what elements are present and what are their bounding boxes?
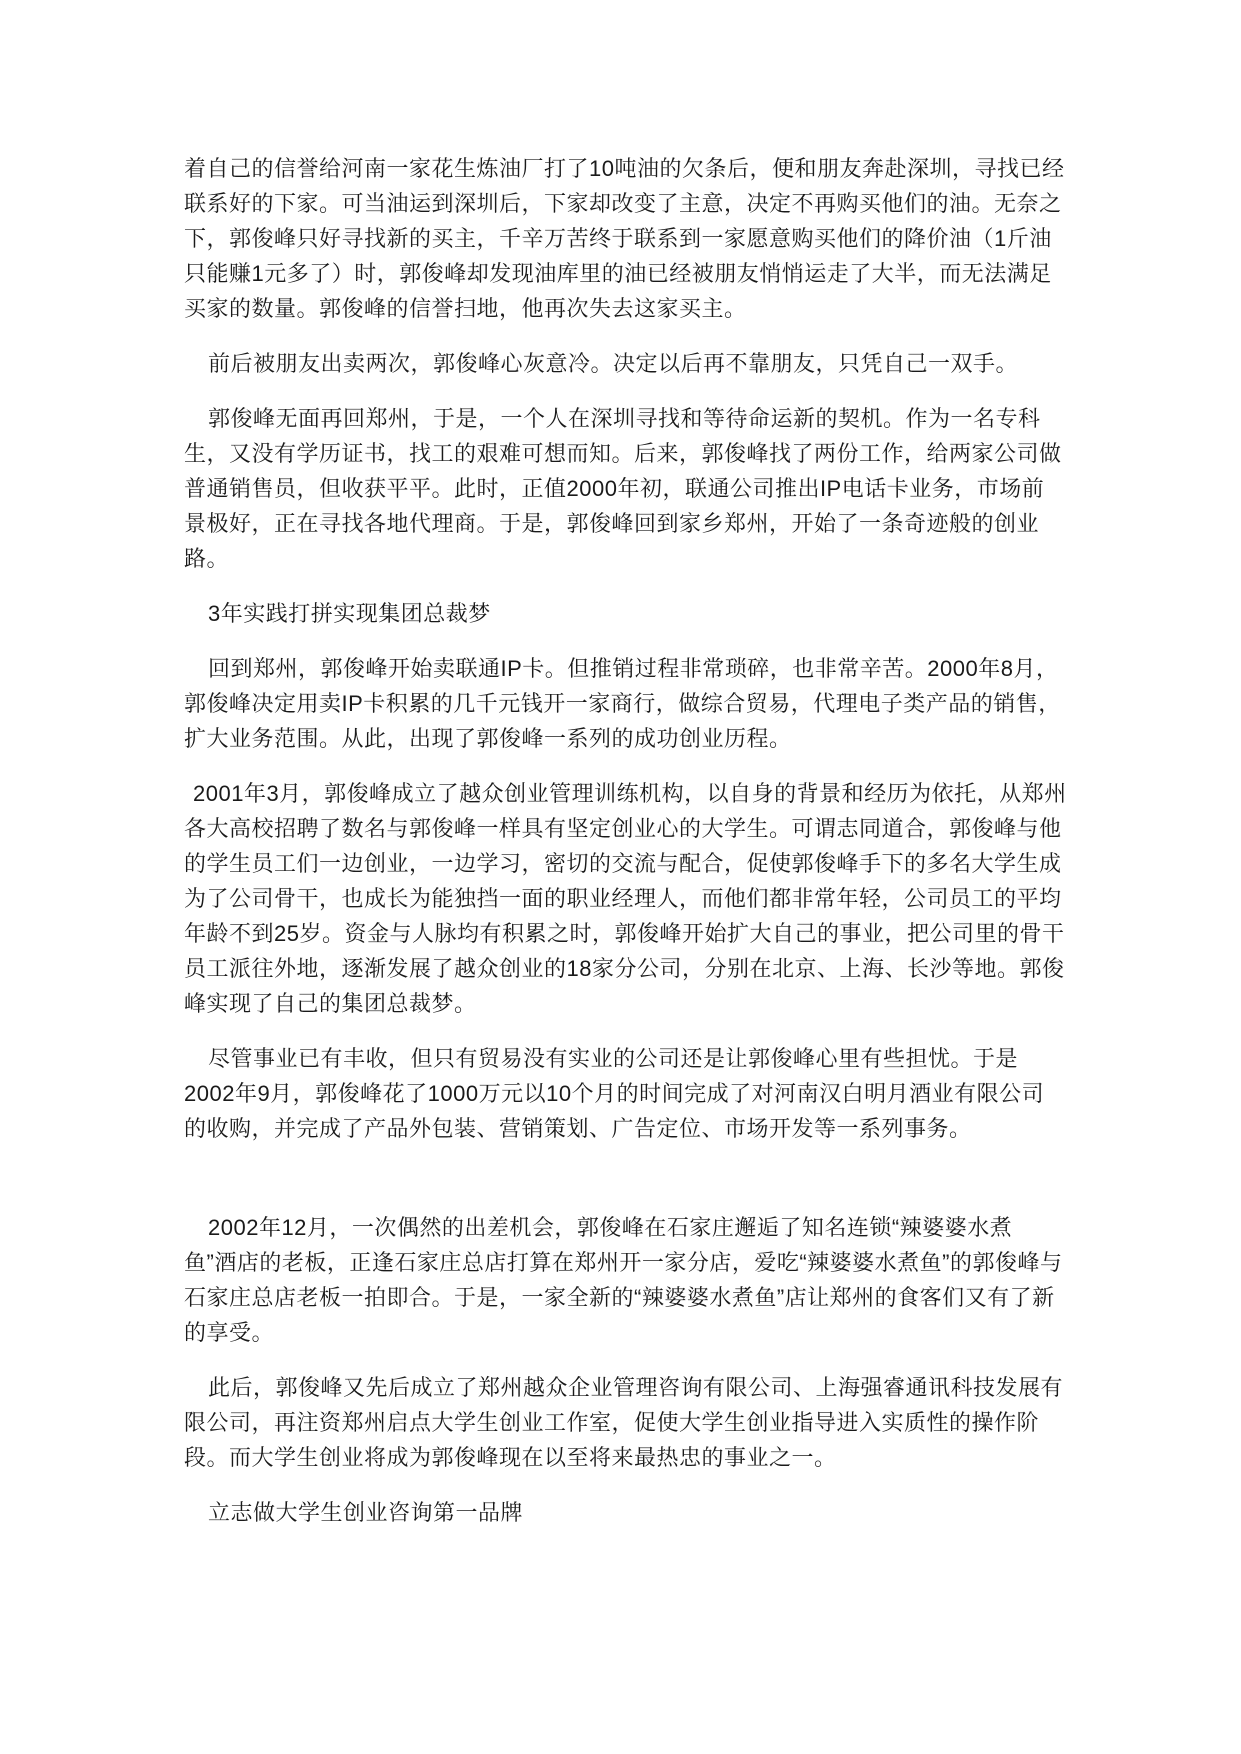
paragraph: 回到郑州，郭俊峰开始卖联通IP卡。但推销过程非常琐碎，也非常辛苦。2000年8月… (184, 651, 1070, 756)
text-line: 前后被朋友出卖两次，郭俊峰心灰意冷。决定以后再不靠朋友，只凭自己一双手。 (184, 346, 1070, 381)
section-heading: 立志做大学生创业咨询第一品牌 (184, 1495, 1070, 1530)
text-line: 段。而大学生创业将成为郭俊峰现在以至将来最热忠的事业之一。 (184, 1440, 1070, 1475)
text-line: 峰实现了自己的集团总裁梦。 (184, 986, 1070, 1021)
text-line: 为了公司骨干，也成长为能独挡一面的职业经理人，而他们都非常年轻，公司员工的平均 (184, 881, 1070, 916)
paragraph: 此后，郭俊峰又先后成立了郑州越众企业管理咨询有限公司、上海强睿通讯科技发展有限公… (184, 1370, 1070, 1475)
text-line: 员工派往外地，逐渐发展了越众创业的18家分公司，分别在北京、上海、长沙等地。郭俊 (184, 951, 1070, 986)
text-line: 石家庄总店老板一拍即合。于是，一家全新的“辣婆婆水煮鱼”店让郑州的食客们又有了新 (184, 1280, 1070, 1315)
text-line: 回到郑州，郭俊峰开始卖联通IP卡。但推销过程非常琐碎，也非常辛苦。2000年8月… (184, 651, 1070, 686)
text-line: 着自己的信誉给河南一家花生炼油厂打了10吨油的欠条后，便和朋友奔赴深圳，寻找已经 (184, 151, 1070, 186)
text-line: 立志做大学生创业咨询第一品牌 (184, 1495, 1070, 1530)
text-line: 2002年12月，一次偶然的出差机会，郭俊峰在石家庄邂逅了知名连锁“辣婆婆水煮 (184, 1210, 1070, 1245)
paragraph: 2001年3月，郭俊峰成立了越众创业管理训练机构，以自身的背景和经历为依托，从郑… (184, 776, 1070, 1021)
text-line: 郭俊峰决定用卖IP卡积累的几千元钱开一家商行，做综合贸易，代理电子类产品的销售， (184, 686, 1070, 721)
text-line: 各大高校招聘了数名与郭俊峰一样具有坚定创业心的大学生。可谓志同道合，郭俊峰与他 (184, 811, 1070, 846)
text-line: 2001年3月，郭俊峰成立了越众创业管理训练机构，以自身的背景和经历为依托，从郑… (184, 776, 1070, 811)
text-line: 只能赚1元多了）时，郭俊峰却发现油库里的油已经被朋友悄悄运走了大半，而无法满足 (184, 256, 1070, 291)
text-line: 普通销售员，但收获平平。此时，正值2000年初，联通公司推出IP电话卡业务，市场… (184, 471, 1070, 506)
paragraph: 尽管事业已有丰收，但只有贸易没有实业的公司还是让郭俊峰心里有些担忧。于是2002… (184, 1041, 1070, 1146)
text-line: 路。 (184, 541, 1070, 576)
paragraph: 着自己的信誉给河南一家花生炼油厂打了10吨油的欠条后，便和朋友奔赴深圳，寻找已经… (184, 151, 1070, 326)
text-line: 限公司，再注资郑州启点大学生创业工作室，促使大学生创业指导进入实质性的操作阶 (184, 1405, 1070, 1440)
text-line: 年龄不到25岁。资金与人脉均有积累之时，郭俊峰开始扩大自己的事业，把公司里的骨干 (184, 916, 1070, 951)
text-line: 买家的数量。郭俊峰的信誉扫地，他再次失去这家买主。 (184, 291, 1070, 326)
paragraph: 前后被朋友出卖两次，郭俊峰心灰意冷。决定以后再不靠朋友，只凭自己一双手。 (184, 346, 1070, 381)
text-line: 下，郭俊峰只好寻找新的买主，千辛万苦终于联系到一家愿意购买他们的降价油（1斤油 (184, 221, 1070, 256)
paragraph: 2002年12月，一次偶然的出差机会，郭俊峰在石家庄邂逅了知名连锁“辣婆婆水煮鱼… (184, 1210, 1070, 1350)
section-heading: 3年实践打拼实现集团总裁梦 (184, 596, 1070, 631)
text-line: 联系好的下家。可当油运到深圳后，下家却改变了主意，决定不再购买他们的油。无奈之 (184, 186, 1070, 221)
document-content: 着自己的信誉给河南一家花生炼油厂打了10吨油的欠条后，便和朋友奔赴深圳，寻找已经… (184, 151, 1070, 1550)
text-line: 3年实践打拼实现集团总裁梦 (184, 596, 1070, 631)
text-line: 鱼”酒店的老板，正逢石家庄总店打算在郑州开一家分店，爱吃“辣婆婆水煮鱼”的郭俊峰… (184, 1245, 1070, 1280)
text-line: 郭俊峰无面再回郑州，于是，一个人在深圳寻找和等待命运新的契机。作为一名专科 (184, 401, 1070, 436)
text-line: 的学生员工们一边创业，一边学习，密切的交流与配合，促使郭俊峰手下的多名大学生成 (184, 846, 1070, 881)
text-line: 此后，郭俊峰又先后成立了郑州越众企业管理咨询有限公司、上海强睿通讯科技发展有 (184, 1370, 1070, 1405)
text-line: 2002年9月，郭俊峰花了1000万元以10个月的时间完成了对河南汉白明月酒业有… (184, 1076, 1070, 1111)
text-line: 景极好，正在寻找各地代理商。于是，郭俊峰回到家乡郑州，开始了一条奇迹般的创业 (184, 506, 1070, 541)
paragraph-spacer (184, 1166, 1070, 1190)
text-line: 的享受。 (184, 1315, 1070, 1350)
text-line: 尽管事业已有丰收，但只有贸易没有实业的公司还是让郭俊峰心里有些担忧。于是 (184, 1041, 1070, 1076)
document-page: 着自己的信誉给河南一家花生炼油厂打了10吨油的欠条后，便和朋友奔赴深圳，寻找已经… (0, 0, 1241, 1754)
text-line: 扩大业务范围。从此，出现了郭俊峰一系列的成功创业历程。 (184, 721, 1070, 756)
paragraph: 郭俊峰无面再回郑州，于是，一个人在深圳寻找和等待命运新的契机。作为一名专科生，又… (184, 401, 1070, 576)
text-line: 生，又没有学历证书，找工的艰难可想而知。后来，郭俊峰找了两份工作，给两家公司做 (184, 436, 1070, 471)
text-line: 的收购，并完成了产品外包装、营销策划、广告定位、市场开发等一系列事务。 (184, 1111, 1070, 1146)
